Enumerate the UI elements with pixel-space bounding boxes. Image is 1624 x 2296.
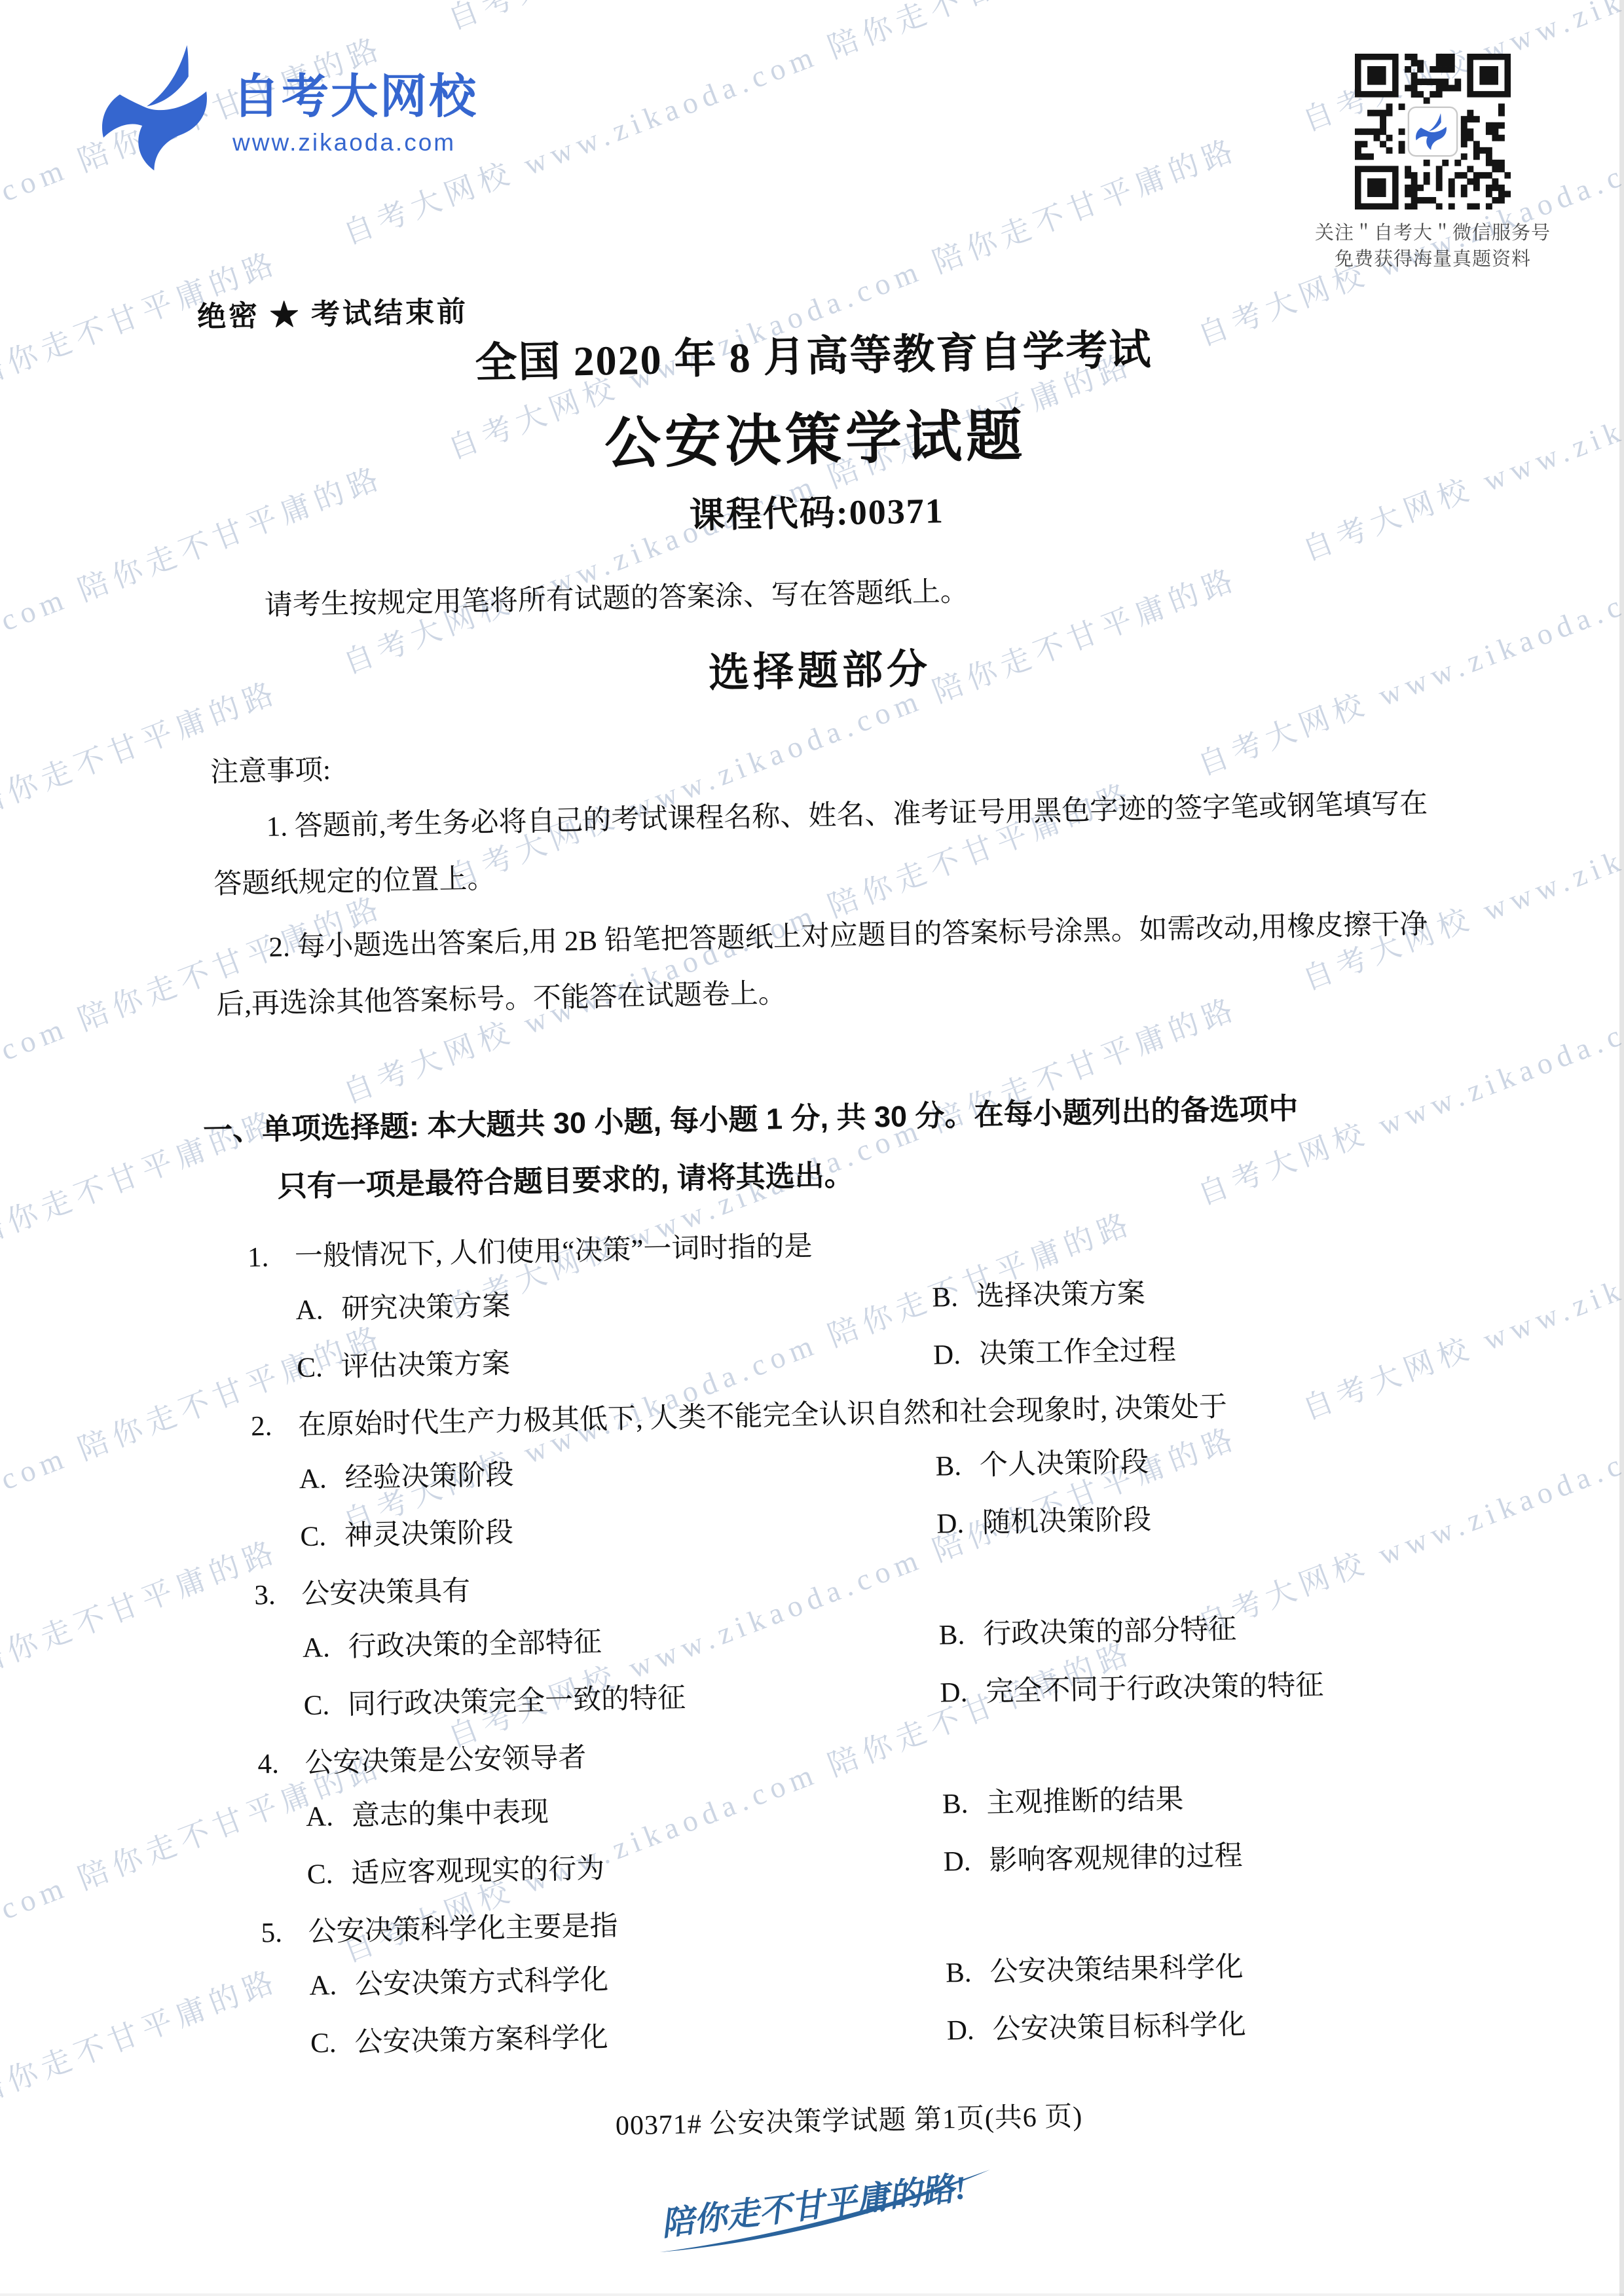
slogan-text: 陪你走不甘平庸的路! <box>659 2169 969 2243</box>
brand-logo: 自考大网校 www.zikaoda.com <box>93 34 478 185</box>
scan-edge-shadow-bottom <box>0 2293 1624 2296</box>
question-number: 5. <box>261 1914 308 1952</box>
option-c: C.同行政决策完全一致的特征 <box>303 1665 941 1735</box>
options: A.意志的集中表现 B.主观推断的结果 C.适应客观现实的行为 D.影响客观规律… <box>305 1762 1624 1904</box>
slogan-block: 陪你走不甘平庸的路! <box>655 2155 1002 2267</box>
brand-text-block: 自考大网校 www.zikaoda.com <box>232 71 478 156</box>
slogan-calligraphy: 陪你走不甘平庸的路! <box>655 2155 1002 2267</box>
note-item-1: 1. 答题前,考生务必将自己的考试课程名称、姓名、准考证号用黑色字迹的签字笔或钢… <box>212 776 1440 913</box>
question-list: 1.一般情况下, 人们使用“决策”一词时指的是 A.研究决策方案 B.选择决策方… <box>19 1212 1624 2079</box>
brand-name: 自考大网校 <box>232 71 478 122</box>
options: A.公安决策方式科学化 B.公安决策结果科学化 C.公安决策方案科学化 D.公安… <box>308 1931 1624 2073</box>
qr-code-icon <box>1355 54 1511 210</box>
question-3: 3.公安决策具有 A.行政决策的全部特征 B.行政决策的部分特征 C.同行政决策… <box>254 1550 1624 1736</box>
course-code: 课程代码:00371 <box>5 476 1624 551</box>
question-number: 3. <box>254 1576 302 1614</box>
question-1: 1.一般情况下, 人们使用“决策”一词时指的是 A.研究决策方案 B.选择决策方… <box>247 1212 1624 1398</box>
qr-caption-line2: 免费获得海量真题资料 <box>1289 246 1577 272</box>
exam-paper-page: 自考大网校 www.zikaoda.com 陪你走不甘平庸的路 自考大网校 ww… <box>0 0 1624 2296</box>
part-title: 选择题部分 <box>8 632 1624 712</box>
qr-code <box>1355 54 1511 210</box>
answer-instruction: 请考生按规定用笔将所有试题的答案涂、写在答题纸上。 <box>208 564 1447 627</box>
note-item-2: 2. 每小题选出答案后,用 2B 铅笔把答题纸上对应题目的答案标号涂黑。如需改动… <box>215 896 1443 1034</box>
option-c: C.适应客观现实的行为 <box>306 1833 944 1903</box>
bird-icon <box>93 34 227 185</box>
document-body: 绝密 ★ 考试结束前 全国 2020 年 8 月高等教育自学考试 公安决策学试题… <box>0 259 1624 2155</box>
question-number: 4. <box>257 1745 305 1783</box>
section1-heading: 一、单项选择题: 本大题共 30 小题, 每小题 1 分, 共 30 分。在每小… <box>202 1076 1485 1217</box>
question-4: 4.公安决策是公安领导者 A.意志的集中表现 B.主观推断的结果 C.适应客观现… <box>257 1719 1624 1905</box>
options: A.行政决策的全部特征 B.行政决策的部分特征 C.同行政决策完全一致的特征 D… <box>302 1593 1624 1735</box>
scan-edge-shadow-right <box>1619 0 1624 2296</box>
question-2: 2.在原始时代生产力极其低下, 人类不能完全认识自然和社会现象时, 决策处于 A… <box>251 1381 1624 1567</box>
qr-caption-line1: 关注＂自考大＂微信服务号 <box>1289 220 1577 246</box>
option-c: C.评估决策方案 <box>296 1327 934 1397</box>
options: A.经验决策阶段 B.个人决策阶段 C.神灵决策阶段 D.随机决策阶段 <box>299 1424 1624 1566</box>
question-text: 公安决策具有 <box>301 1573 471 1613</box>
question-number: 2. <box>251 1408 299 1445</box>
qr-block: 关注＂自考大＂微信服务号 免费获得海量真题资料 <box>1289 54 1577 272</box>
question-text: 公安决策科学化主要是指 <box>308 1908 618 1950</box>
question-text: 一般情况下, 人们使用“决策”一词时指的是 <box>294 1228 813 1275</box>
question-number: 1. <box>247 1239 295 1276</box>
options: A.研究决策方案 B.选择决策方案 C.评估决策方案 D.决策工作全过程 <box>295 1255 1624 1397</box>
option-c: C.神灵决策阶段 <box>300 1496 938 1566</box>
qr-caption: 关注＂自考大＂微信服务号 免费获得海量真题资料 <box>1289 220 1577 272</box>
exam-title-line2: 公安决策学试题 <box>3 391 1624 489</box>
question-text: 公安决策是公安领导者 <box>304 1740 587 1782</box>
question-5: 5.公安决策科学化主要是指 A.公安决策方式科学化 B.公安决策结果科学化 C.… <box>261 1887 1624 2074</box>
brand-url: www.zikaoda.com <box>232 129 478 156</box>
page-footer: 00371# 公安决策学试题 第1页(共6 页) <box>37 2088 1624 2156</box>
option-c: C.公安决策方案科学化 <box>310 2002 948 2072</box>
